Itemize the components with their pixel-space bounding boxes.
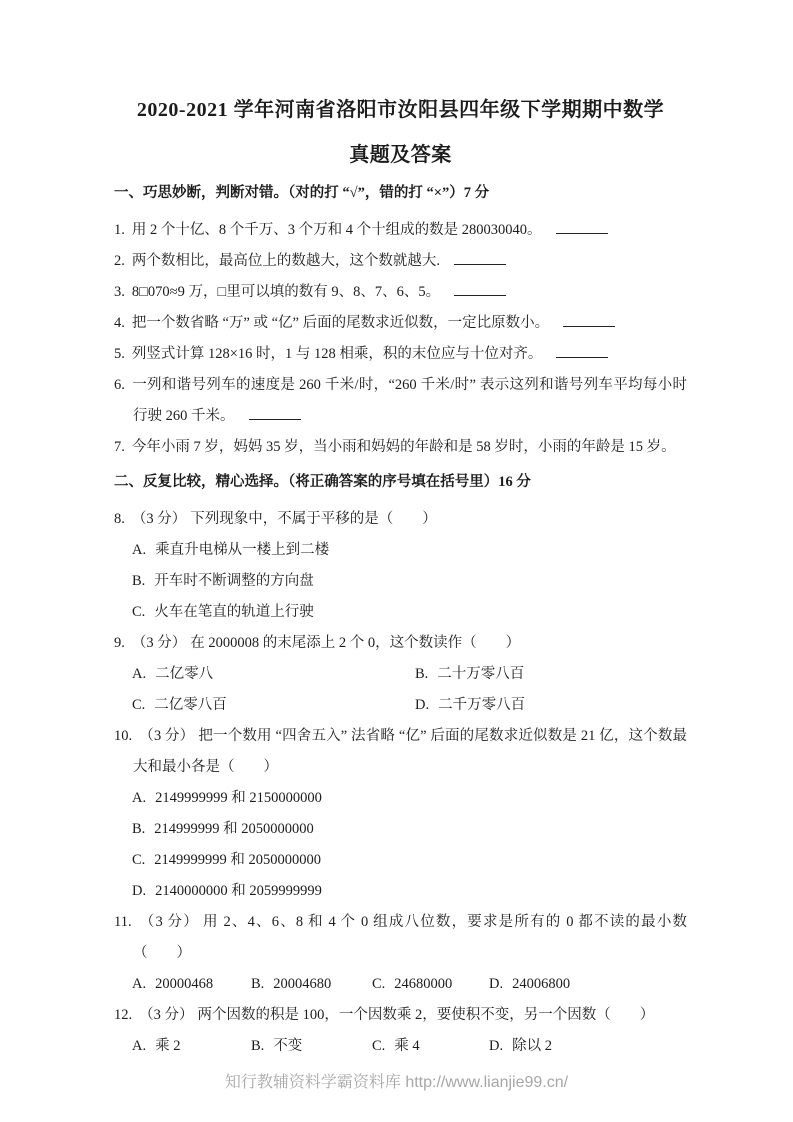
option-label: A.: [132, 542, 146, 558]
exam-document-page: 2020-2021 学年河南省洛阳市汝阳县四年级下学期期中数学 真题及答案 一、…: [0, 0, 793, 1122]
question-text: 下列现象中，不属于平移的是（ ）: [190, 511, 437, 527]
question-9-option-a: A.二亿零八: [132, 659, 415, 690]
answer-blank-4: [563, 313, 615, 327]
option-text: 除以 2: [512, 1038, 552, 1054]
question-number: 6.: [114, 377, 125, 393]
option-label: D.: [489, 1038, 503, 1054]
tf-question-5: 5.列竖式计算 128×16 时，1 与 128 相乘，积的末位应与十位对齐。: [114, 339, 687, 370]
answer-blank-5: [556, 344, 608, 358]
tf-question-1: 1.用 2 个十亿、8 个千万、3 个万和 4 个十组成的数是 28003004…: [114, 215, 687, 246]
question-8-option-a: A.乘直升电梯从一楼上到二楼: [132, 535, 687, 566]
question-12-option-a: A.乘 2: [132, 1031, 251, 1062]
question-number: 11.: [114, 914, 132, 930]
question-11-option-c: C.24680000: [372, 969, 489, 1000]
question-points: （3 分）: [132, 511, 186, 527]
answer-blank-1: [556, 220, 608, 234]
option-label: A.: [132, 1038, 146, 1054]
option-label: C.: [132, 604, 145, 620]
question-9-options: A.二亿零八 B.二十万零八百 C.二亿零八百 D.二千万零八百: [132, 659, 687, 721]
question-text: 用 2 个十亿、8 个千万、3 个万和 4 个十组成的数是 280030040。: [132, 222, 542, 238]
option-label: B.: [132, 573, 145, 589]
question-8-option-c: C.火车在笔直的轨道上行驶: [132, 597, 687, 628]
question-number: 2.: [114, 253, 125, 269]
tf-question-3: 3.8□070≈9 万，□里可以填的数有 9、8、7、6、5。: [114, 277, 687, 308]
option-label: A.: [132, 976, 146, 992]
option-text: 开车时不断调整的方向盘: [154, 573, 314, 589]
option-text: 二十万零八百: [437, 666, 524, 682]
mc-question-10: 10.（3 分）把一个数用 “四舍五入” 法省略 “亿” 后面的尾数求近似数是 …: [114, 721, 687, 783]
question-text: 两个数相比，最高位上的数越大，这个数就越大.: [132, 253, 440, 269]
question-10-option-d: D.2140000000 和 2059999999: [132, 876, 687, 907]
question-number: 3.: [114, 284, 125, 300]
option-text: 2140000000 和 2059999999: [155, 883, 322, 899]
option-text: 20004680: [273, 976, 331, 992]
question-11-option-d: D.24006800: [489, 969, 687, 1000]
option-label: B.: [132, 821, 145, 837]
question-text: 一列和谐号列车的速度是 260 千米/时，“260 千米/时” 表示这列和谐号列…: [132, 377, 687, 424]
mc-question-12: 12.（3 分）两个因数的积是 100，一个因数乘 2，要使积不变，另一个因数（…: [114, 1000, 687, 1031]
option-text: 二千万零八百: [438, 697, 525, 713]
page-title: 2020-2021 学年河南省洛阳市汝阳县四年级下学期期中数学 真题及答案: [114, 88, 687, 178]
section1-heading: 一、巧思妙断，判断对错。（对的打 “√”，错的打 “×”）7 分: [114, 178, 687, 209]
question-text: 列竖式计算 128×16 时，1 与 128 相乘，积的末位应与十位对齐。: [132, 346, 543, 362]
option-text: 20000468: [155, 976, 213, 992]
section2-heading: 二、反复比较，精心选择。（将正确答案的序号填在括号里）16 分: [114, 467, 687, 498]
question-10-option-b: B.214999999 和 2050000000: [132, 814, 687, 845]
option-label: C.: [132, 697, 145, 713]
option-text: 2149999999 和 2050000000: [154, 852, 321, 868]
question-number: 10.: [114, 728, 132, 744]
question-number: 1.: [114, 222, 125, 238]
option-label: A.: [132, 666, 146, 682]
question-9-option-c: C.二亿零八百: [132, 690, 415, 721]
option-label: C.: [372, 976, 385, 992]
option-text: 二亿零八百: [154, 697, 227, 713]
option-label: A.: [132, 790, 146, 806]
question-10-option-c: C.2149999999 和 2050000000: [132, 845, 687, 876]
option-text: 214999999 和 2050000000: [154, 821, 314, 837]
option-label: B.: [251, 1038, 264, 1054]
question-text: 在 2000008 的末尾添上 2 个 0，这个数读作（ ）: [190, 635, 520, 651]
question-number: 7.: [114, 439, 125, 455]
mc-question-11: 11.（3 分）用 2、4、6、8 和 4 个 0 组成八位数，要求是所有的 0…: [114, 907, 687, 969]
option-label: C.: [132, 852, 145, 868]
question-points: （3 分）: [139, 914, 199, 930]
title-line-2: 真题及答案: [114, 133, 687, 178]
question-8-option-b: B.开车时不断调整的方向盘: [132, 566, 687, 597]
option-label: D.: [415, 697, 429, 713]
option-text: 乘 4: [394, 1038, 419, 1054]
tf-question-4: 4.把一个数省略 “万” 或 “亿” 后面的尾数求近似数，一定比原数小。: [114, 308, 687, 339]
question-12-option-c: C.乘 4: [372, 1031, 489, 1062]
title-line-1: 2020-2021 学年河南省洛阳市汝阳县四年级下学期期中数学: [114, 88, 687, 133]
mc-question-9: 9.（3 分）在 2000008 的末尾添上 2 个 0，这个数读作（ ）: [114, 628, 687, 659]
option-label: D.: [489, 976, 503, 992]
question-number: 9.: [114, 635, 125, 651]
question-text: 用 2、4、6、8 和 4 个 0 组成八位数，要求是所有的 0 都不读的最小数…: [133, 914, 687, 961]
mc-question-8: 8.（3 分）下列现象中，不属于平移的是（ ）: [114, 504, 687, 535]
tf-question-6: 6.一列和谐号列车的速度是 260 千米/时，“260 千米/时” 表示这列和谐…: [114, 370, 687, 432]
question-12-options: A.乘 2 B.不变 C.乘 4 D.除以 2: [132, 1031, 687, 1062]
question-8-options: A.乘直升电梯从一楼上到二楼 B.开车时不断调整的方向盘 C.火车在笔直的轨道上…: [114, 535, 687, 628]
option-label: D.: [132, 883, 146, 899]
answer-blank-6: [249, 406, 301, 420]
option-text: 乘直升电梯从一楼上到二楼: [155, 542, 329, 558]
question-text: 把一个数省略 “万” 或 “亿” 后面的尾数求近似数，一定比原数小。: [132, 315, 549, 331]
question-10-options: A.2149999999 和 2150000000 B.214999999 和 …: [114, 783, 687, 907]
option-text: 二亿零八: [155, 666, 213, 682]
question-number: 8.: [114, 511, 125, 527]
answer-blank-2: [454, 251, 506, 265]
question-points: （3 分）: [139, 728, 194, 744]
option-text: 不变: [273, 1038, 302, 1054]
option-label: C.: [372, 1038, 385, 1054]
question-text: 把一个数用 “四舍五入” 法省略 “亿” 后面的尾数求近似数是 21 亿，这个数…: [133, 728, 687, 775]
watermark-footer: 知行教辅资料学霸资料库 http://www.lianjie99.cn/: [0, 1069, 793, 1092]
question-11-option-a: A.20000468: [132, 969, 251, 1000]
question-points: （3 分）: [132, 635, 186, 651]
option-text: 24006800: [512, 976, 570, 992]
option-label: B.: [251, 976, 264, 992]
question-12-option-d: D.除以 2: [489, 1031, 687, 1062]
question-number: 5.: [114, 346, 125, 362]
option-text: 24680000: [394, 976, 452, 992]
question-text: 今年小雨 7 岁，妈妈 35 岁，当小雨和妈妈的年龄和是 58 岁时，小雨的年龄…: [132, 439, 676, 455]
question-text: 两个因数的积是 100，一个因数乘 2，要使积不变，另一个因数（ ）: [198, 1007, 655, 1023]
answer-blank-3: [454, 282, 506, 296]
option-text: 乘 2: [155, 1038, 180, 1054]
question-text: 8□070≈9 万，□里可以填的数有 9、8、7、6、5。: [132, 284, 440, 300]
question-11-options: A.20000468 B.20004680 C.24680000 D.24006…: [132, 969, 687, 1000]
question-11-option-b: B.20004680: [251, 969, 372, 1000]
question-10-option-a: A.2149999999 和 2150000000: [132, 783, 687, 814]
option-label: B.: [415, 666, 428, 682]
question-9-option-b: B.二十万零八百: [415, 659, 687, 690]
question-12-option-b: B.不变: [251, 1031, 372, 1062]
question-number: 12.: [114, 1007, 132, 1023]
question-points: （3 分）: [139, 1007, 193, 1023]
question-9-option-d: D.二千万零八百: [415, 690, 687, 721]
option-text: 2149999999 和 2150000000: [155, 790, 322, 806]
tf-question-7: 7.今年小雨 7 岁，妈妈 35 岁，当小雨和妈妈的年龄和是 58 岁时，小雨的…: [114, 432, 687, 463]
option-text: 火车在笔直的轨道上行驶: [154, 604, 314, 620]
tf-question-2: 2.两个数相比，最高位上的数越大，这个数就越大.: [114, 246, 687, 277]
question-number: 4.: [114, 315, 125, 331]
